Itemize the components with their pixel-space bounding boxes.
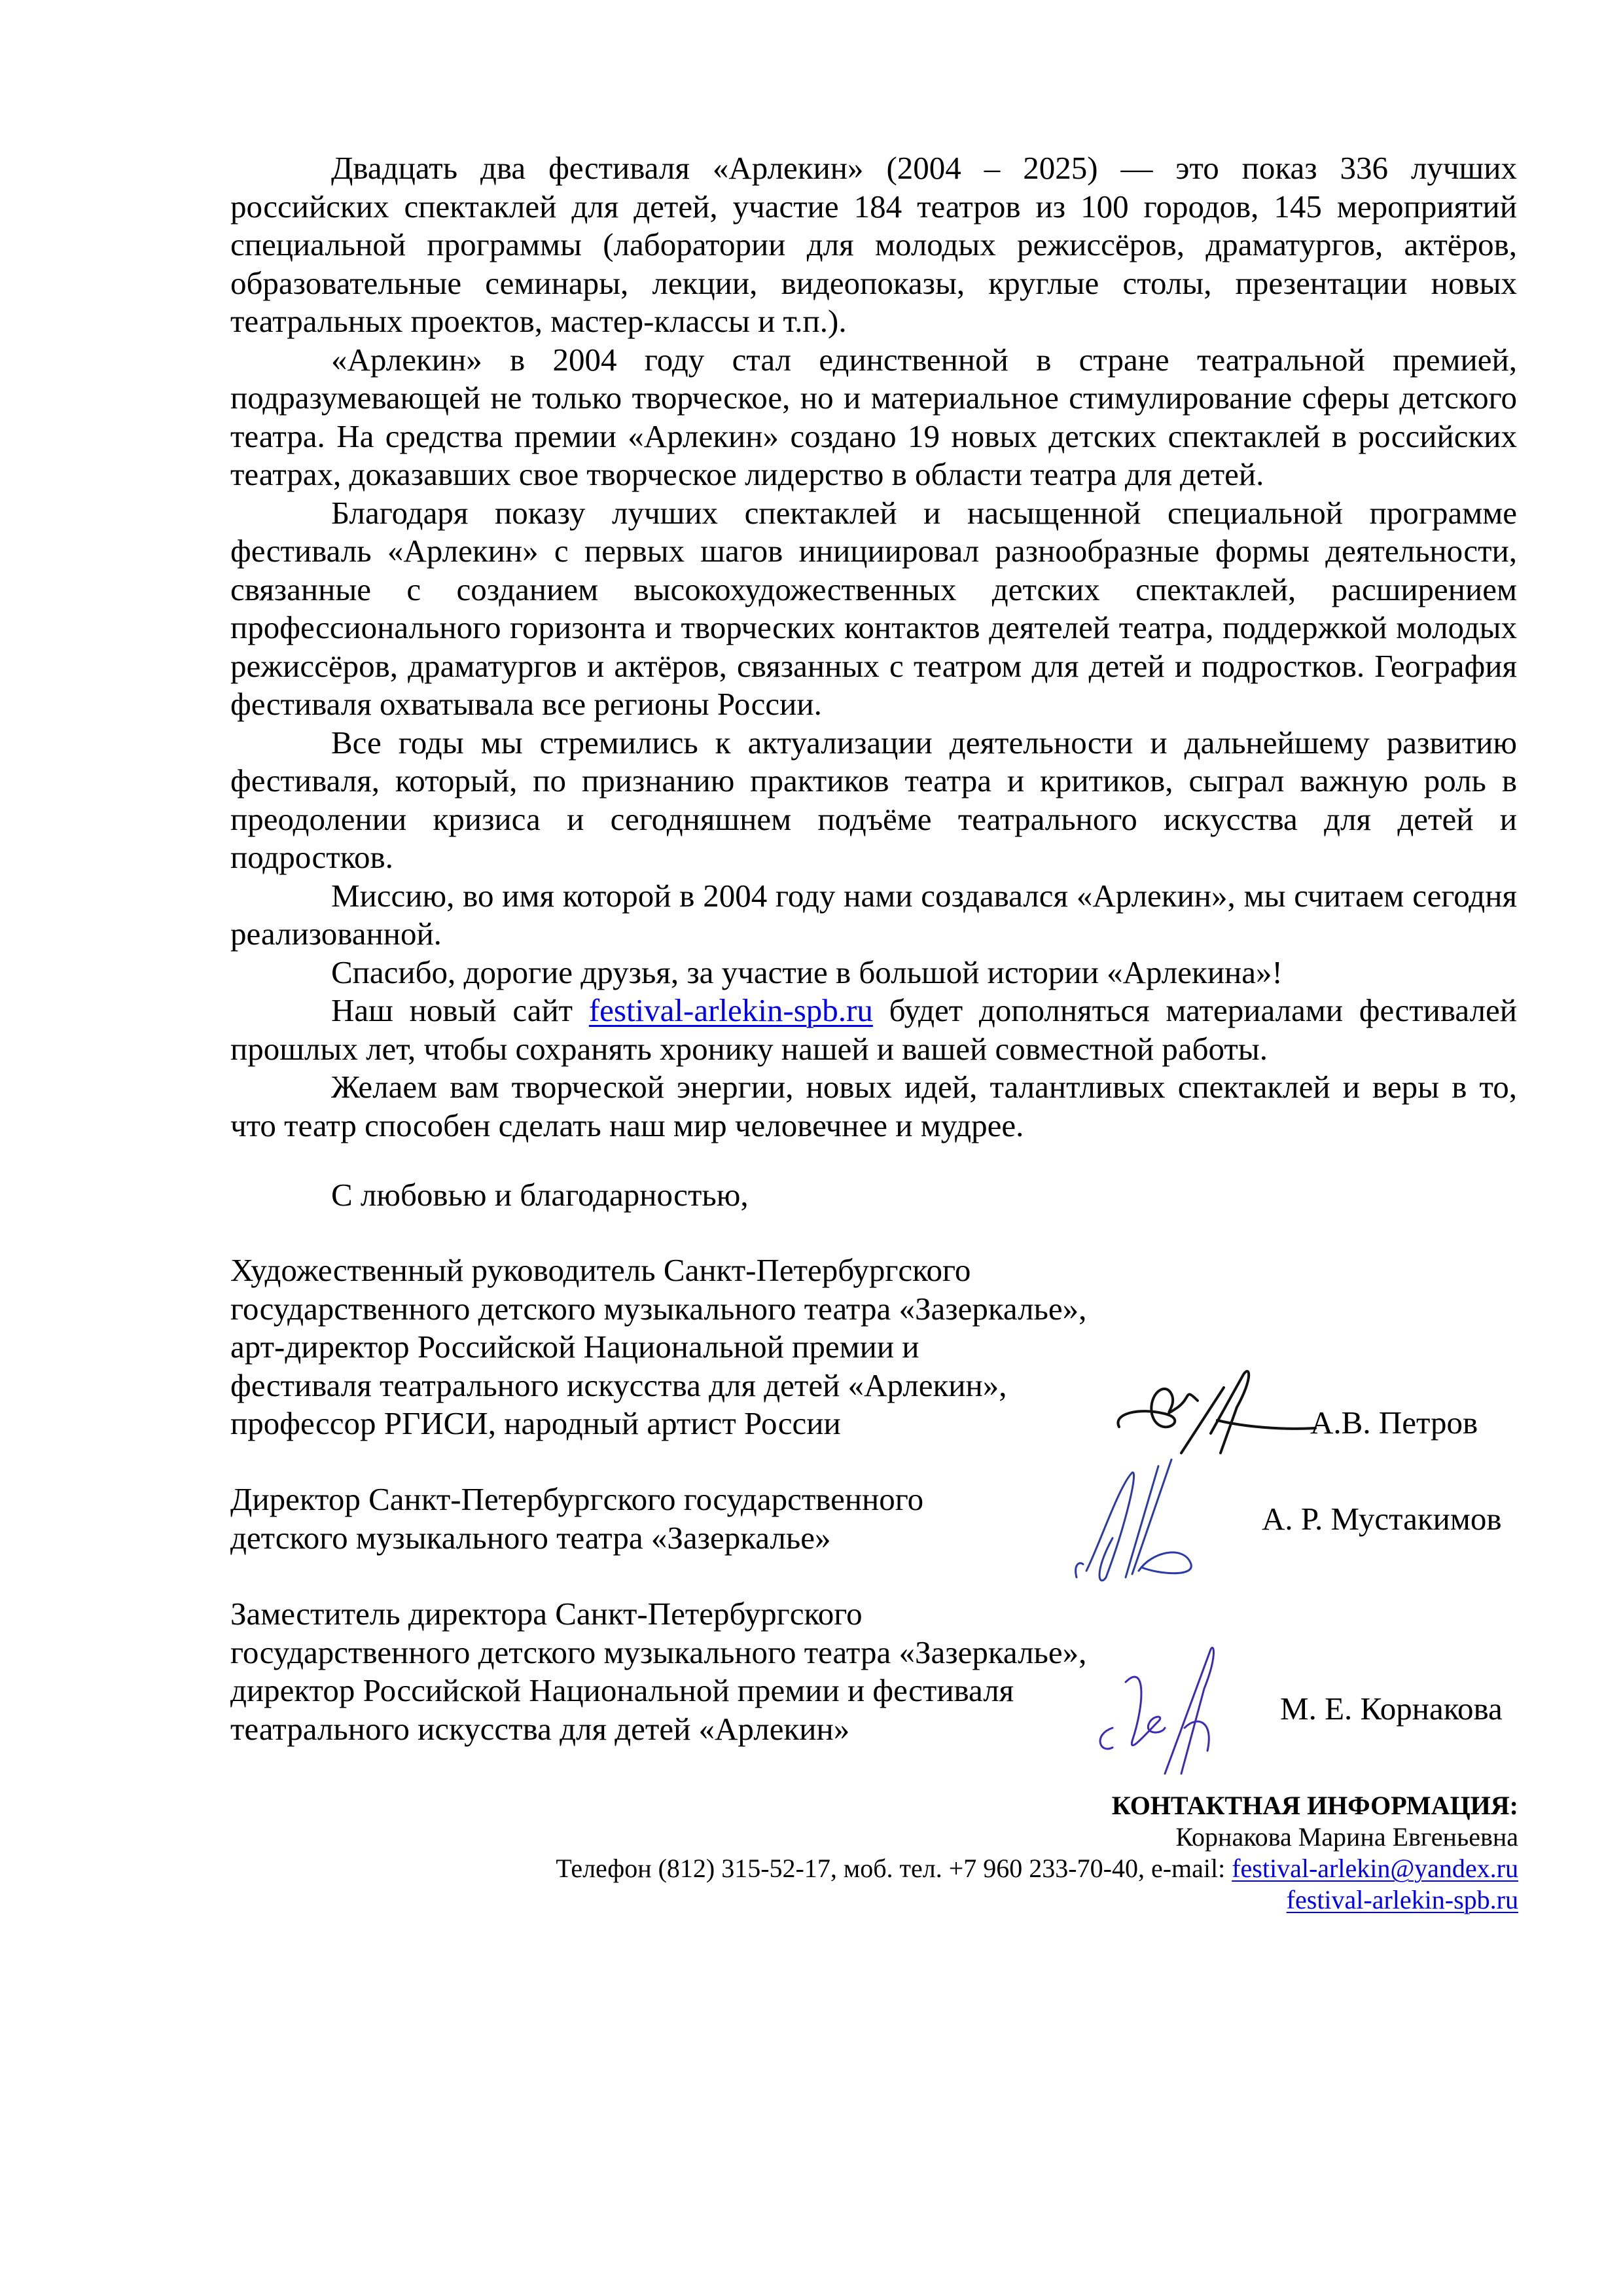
title-line: профессор РГИСИ, народный артист России bbox=[230, 1405, 1086, 1443]
contact-phone-line: Телефон (812) 315-52-17, моб. тел. +7 96… bbox=[556, 1853, 1518, 1884]
letter-body: Двадцать два фестиваля «Арлекин» (2004 –… bbox=[230, 149, 1517, 1145]
title-line: театрального искусства для детей «Арлеки… bbox=[230, 1710, 1086, 1749]
paragraph: Миссию, во имя которой в 2004 году нами … bbox=[230, 877, 1517, 954]
letter-page: Двадцать два фестиваля «Арлекин» (2004 –… bbox=[0, 0, 1623, 2296]
email-link[interactable]: festival-arlekin@yandex.ru bbox=[1232, 1854, 1518, 1883]
signatory-title-kornakova: Заместитель директора Санкт-Петербургско… bbox=[230, 1595, 1086, 1748]
contact-person: Корнакова Марина Евгеньевна bbox=[556, 1821, 1518, 1853]
title-line: детского музыкального театра «Зазеркалье… bbox=[230, 1519, 923, 1558]
title-line: Директор Санкт-Петербургского государств… bbox=[230, 1480, 923, 1519]
paragraph: Все годы мы стремились к актуализации де… bbox=[230, 724, 1517, 877]
paragraph: Спасибо, дорогие друзья, за участие в бо… bbox=[230, 954, 1517, 992]
signatory-name-mustakimov: А. Р. Мустакимов bbox=[1262, 1500, 1502, 1538]
title-line: фестиваля театрального искусства для дет… bbox=[230, 1367, 1086, 1405]
paragraph: Благодаря показу лучших спектаклей и нас… bbox=[230, 494, 1517, 724]
contact-info: КОНТАКТНАЯ ИНФОРМАЦИЯ: Корнакова Марина … bbox=[556, 1790, 1518, 1916]
paragraph: Двадцать два фестиваля «Арлекин» (2004 –… bbox=[230, 149, 1517, 341]
signatory-name-petrov: А.В. Петров bbox=[1310, 1404, 1478, 1442]
closing-line: С любовью и благодарностью, bbox=[331, 1176, 749, 1214]
signature-mustakimov-icon bbox=[1067, 1446, 1198, 1590]
signature-kornakova-icon bbox=[1086, 1636, 1237, 1780]
contact-title: КОНТАКТНАЯ ИНФОРМАЦИЯ: bbox=[556, 1790, 1518, 1821]
website-link[interactable]: festival-arlekin-spb.ru bbox=[589, 992, 873, 1028]
paragraph-text: Наш новый сайт bbox=[331, 992, 589, 1028]
paragraph: «Арлекин» в 2004 году стал единственной … bbox=[230, 341, 1517, 494]
title-line: арт-директор Российской Национальной пре… bbox=[230, 1328, 1086, 1367]
signatory-name-kornakova: М. Е. Корнакова bbox=[1280, 1690, 1503, 1728]
paragraph-website: Наш новый сайт festival-arlekin-spb.ru б… bbox=[230, 992, 1517, 1068]
contact-website-link[interactable]: festival-arlekin-spb.ru bbox=[1287, 1885, 1518, 1914]
title-line: директор Российской Национальной премии … bbox=[230, 1672, 1086, 1710]
signatory-title-mustakimov: Директор Санкт-Петербургского государств… bbox=[230, 1480, 923, 1557]
signatory-title-petrov: Художественный руководитель Санкт-Петерб… bbox=[230, 1251, 1086, 1443]
title-line: Заместитель директора Санкт-Петербургско… bbox=[230, 1595, 1086, 1634]
title-line: Художественный руководитель Санкт-Петерб… bbox=[230, 1251, 1086, 1290]
title-line: государственного детского музыкального т… bbox=[230, 1634, 1086, 1672]
contact-phone: Телефон (812) 315-52-17, моб. тел. +7 96… bbox=[556, 1854, 1232, 1883]
title-line: государственного детского музыкального т… bbox=[230, 1290, 1086, 1329]
paragraph: Желаем вам творческой энергии, новых иде… bbox=[230, 1068, 1517, 1145]
signature-petrov-icon bbox=[1113, 1361, 1322, 1460]
